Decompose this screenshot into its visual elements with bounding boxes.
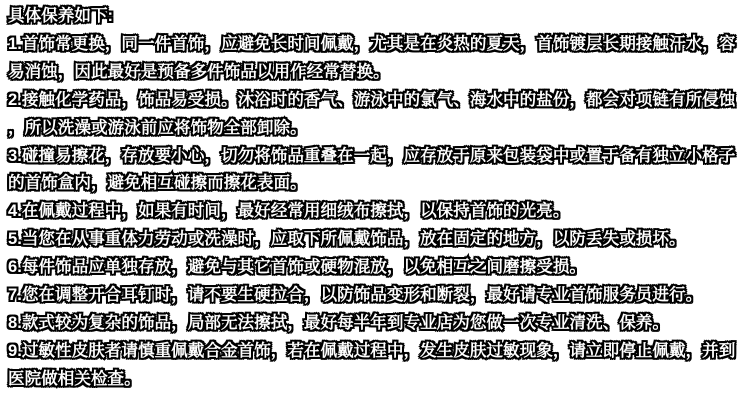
care-line: 3.碰撞易擦花，存放要小心，切勿将饰品重叠在一起，应存放于原来包装袋中或置于备有… bbox=[8, 142, 741, 170]
care-line: ，所以洗澡或游泳前应将饰物全部卸除。 bbox=[8, 114, 741, 142]
care-line: 9.过敏性皮肤者请慎重佩戴合金首饰，若在佩戴过程中，发生皮肤过敏现象，请立即停止… bbox=[8, 337, 741, 365]
care-line: 5.当您在从事重体力劳动或洗澡时，应取下所佩戴饰品，放在固定的地方，以防丢失或损… bbox=[8, 225, 741, 253]
care-line: 易消蚀，因此最好是预备多件饰品以用作经常替换。 bbox=[8, 58, 741, 86]
care-line: 6.每件饰品应单独存放，避免与其它首饰或硬物混放，以免相互之间磨擦受损。 bbox=[8, 253, 741, 281]
care-line: 1.首饰常更换，同一件首饰，应避免长时间佩戴，尤其是在炎热的夏天，首饰镀层长期接… bbox=[8, 30, 741, 58]
care-line: 医院做相关检查。 bbox=[8, 365, 741, 393]
care-line: 的首饰盒内，避免相互碰擦而擦花表面。 bbox=[8, 169, 741, 197]
care-line: 4.在佩戴过程中，如果有时间，最好经常用细绒布擦拭，以保持首饰的光亮。 bbox=[8, 197, 741, 225]
care-line: 2.接触化学药品，饰品易受损。沐浴时的香气、游泳中的氯气、海水中的盐份，都会对项… bbox=[8, 86, 741, 114]
care-instructions: 具体保养如下: 1.首饰常更换，同一件首饰，应避免长时间佩戴，尤其是在炎热的夏天… bbox=[0, 0, 747, 394]
care-line: 8.款式较为复杂的饰品，局部无法擦拭，最好每半年到专业店为您做一次专业清洗、保养… bbox=[8, 309, 741, 337]
care-line: 7.您在调整开合耳钉时，请不要生硬拉合，以防饰品变形和断裂，最好请专业首饰服务员… bbox=[8, 281, 741, 309]
care-title: 具体保养如下: bbox=[8, 2, 741, 30]
